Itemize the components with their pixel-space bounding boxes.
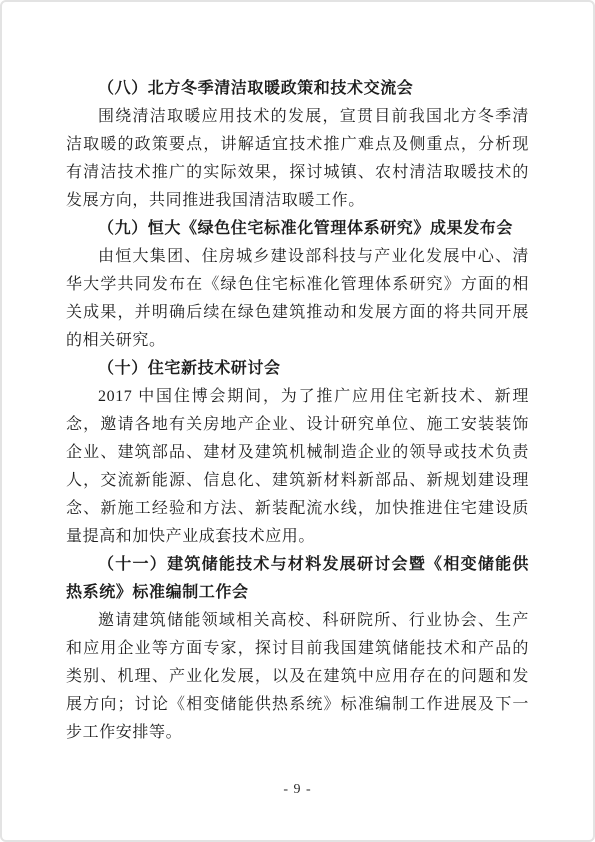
section-8: （八）北方冬季清洁取暖政策和技术交流会 围绕清洁取暖应用技术的发展，宣贯目前我国… (66, 75, 529, 215)
document-page: （八）北方冬季清洁取暖政策和技术交流会 围绕清洁取暖应用技术的发展，宣贯目前我国… (0, 0, 595, 842)
section-11-paragraph: 邀请建筑储能领域相关高校、科研院所、行业协会、生产和应用企业等方面专家，探讨目前… (66, 607, 529, 747)
section-8-heading: （八）北方冬季清洁取暖政策和技术交流会 (66, 75, 529, 103)
page-number: - 9 - (2, 782, 593, 798)
section-10: （十）住宅新技术研讨会 2017 中国住博会期间，为了推广应用住宅新技术、新理念… (66, 355, 529, 551)
section-11-heading: （十一）建筑储能技术与材料发展研讨会暨《相变储能供热系统》标准编制工作会 (66, 551, 529, 607)
section-9-paragraph: 由恒大集团、住房城乡建设部科技与产业化发展中心、清华大学共同发布在《绿色住宅标准… (66, 243, 529, 355)
section-10-heading: （十）住宅新技术研讨会 (66, 355, 529, 383)
section-9: （九）恒大《绿色住宅标准化管理体系研究》成果发布会 由恒大集团、住房城乡建设部科… (66, 215, 529, 355)
section-8-paragraph: 围绕清洁取暖应用技术的发展，宣贯目前我国北方冬季清洁取暖的政策要点，讲解适宜技术… (66, 103, 529, 215)
document-body: （八）北方冬季清洁取暖政策和技术交流会 围绕清洁取暖应用技术的发展，宣贯目前我国… (66, 75, 529, 747)
section-9-heading: （九）恒大《绿色住宅标准化管理体系研究》成果发布会 (66, 215, 529, 243)
section-10-paragraph: 2017 中国住博会期间，为了推广应用住宅新技术、新理念，邀请各地有关房地产企业… (66, 383, 529, 551)
section-11: （十一）建筑储能技术与材料发展研讨会暨《相变储能供热系统》标准编制工作会 邀请建… (66, 551, 529, 747)
